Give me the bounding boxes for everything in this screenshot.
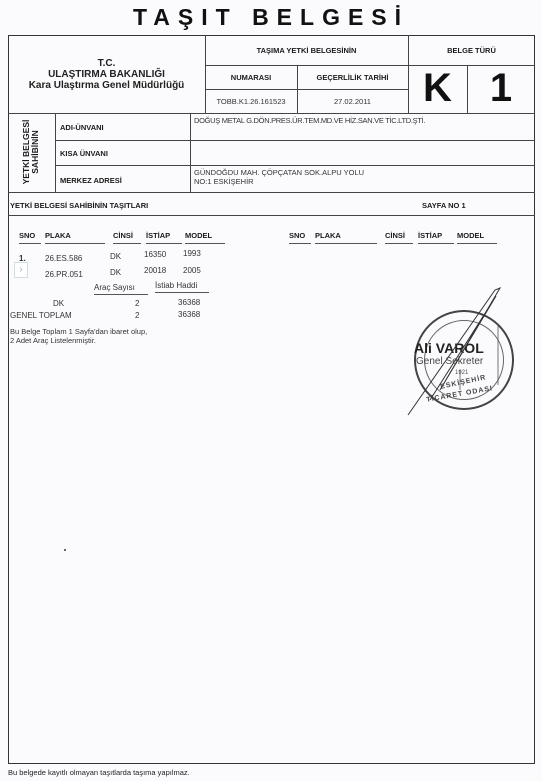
issuer-block: T.C. ULAŞTIRMA BAKANLIĞI Kara Ulaştırma … (8, 58, 205, 91)
col-plaka-right: PLAKA (315, 231, 377, 244)
number-label: NUMARASI (205, 73, 297, 82)
validity-value: 27.02.2011 (297, 97, 408, 106)
type-letter: K (408, 66, 467, 111)
type-digit: 1 (467, 66, 535, 111)
issuer-line3: Kara Ulaştırma Genel Müdürlüğü (8, 80, 205, 91)
cell-istiap: 20018 (144, 266, 166, 275)
field-label-short-name: KISA ÜNVANI (60, 149, 108, 158)
footer-note: Bu belgede kayıtlı olmayan taşıtlarda ta… (8, 768, 190, 777)
summary-count: 2 (135, 311, 139, 320)
cell-model: 1993 (183, 249, 201, 258)
holder-side-label: YETKİ BELGESİ SAHİBİNİN (22, 112, 40, 192)
divider (55, 140, 535, 141)
page-number: SAYFA NO 1 (422, 201, 466, 210)
divider (8, 215, 535, 216)
divider (8, 113, 535, 114)
summary-header-count: Araç Sayısı (94, 283, 148, 295)
divider (190, 113, 191, 192)
note-line2: 2 Adet Araç Listelenmiştir. (10, 336, 96, 345)
document-title: TAŞIT BELGESİ (0, 4, 542, 31)
field-label-address: MERKEZ ADRESİ (60, 176, 122, 185)
col-model-right: MODEL (457, 231, 497, 244)
number-value: TOBB.K1.26.161523 (205, 97, 297, 106)
divider (55, 165, 535, 166)
field-value-name: DOĞUŞ METAL G.DÖN.PRES.ÜR.TEM.MD.VE HİZ.… (194, 116, 425, 125)
col-istiap-right: İSTİAP (418, 231, 454, 244)
summary-capacity: 36368 (178, 310, 200, 319)
validity-label: GEÇERLİLİK TARİHİ (297, 73, 408, 82)
field-value-address-line1: GÜNDOĞDU MAH. ÇÖPÇATAN SOK.ALPU YOLU (194, 168, 364, 177)
note-line1: Bu Belge Toplam 1 Sayfa'dan ibaret olup, (10, 327, 147, 336)
summary-label: DK (53, 299, 64, 308)
issuer-line1: T.C. (8, 58, 205, 69)
type-label: BELGE TÜRÜ (408, 46, 535, 55)
col-sno: SNO (19, 231, 41, 244)
divider (8, 192, 535, 193)
field-label-name: ADI-ÜNVANI (60, 123, 104, 132)
cell-model: 2005 (183, 266, 201, 275)
cell-plaka: 26.PR.051 (45, 270, 83, 279)
summary-label: GENEL TOPLAM (10, 311, 72, 320)
cell-cinsi: DK (110, 252, 121, 261)
col-model: MODEL (185, 231, 225, 244)
scan-speck (64, 549, 66, 551)
issuer-line2: ULAŞTIRMA BAKANLIĞI (8, 69, 205, 80)
col-plaka: PLAKA (45, 231, 105, 244)
col-istiap: İSTİAP (146, 231, 182, 244)
field-value-address-line2: NO:1 ESKİŞEHİR (194, 177, 254, 186)
chevron-right-icon[interactable]: › (14, 262, 28, 278)
cell-cinsi: DK (110, 268, 121, 277)
col-cinsi: CİNSİ (113, 231, 141, 244)
holder-side-label-line2: SAHİBİNİN (31, 112, 40, 192)
divider (205, 89, 408, 90)
signature-icon (400, 280, 510, 420)
col-sno-right: SNO (289, 231, 311, 244)
summary-header-capacity: İstiab Haddi (155, 281, 209, 293)
vehicles-section-title: YETKİ BELGESİ SAHİBİNİN TAŞITLARI (10, 201, 148, 210)
summary-capacity: 36368 (178, 298, 200, 307)
permit-header: TAŞIMA YETKİ BELGESİNİN (205, 46, 408, 55)
summary-count: 2 (135, 299, 139, 308)
cell-istiap: 16350 (144, 250, 166, 259)
divider (55, 113, 56, 192)
cell-plaka: 26.ES.586 (45, 254, 82, 263)
col-cinsi-right: CİNSİ (385, 231, 413, 244)
